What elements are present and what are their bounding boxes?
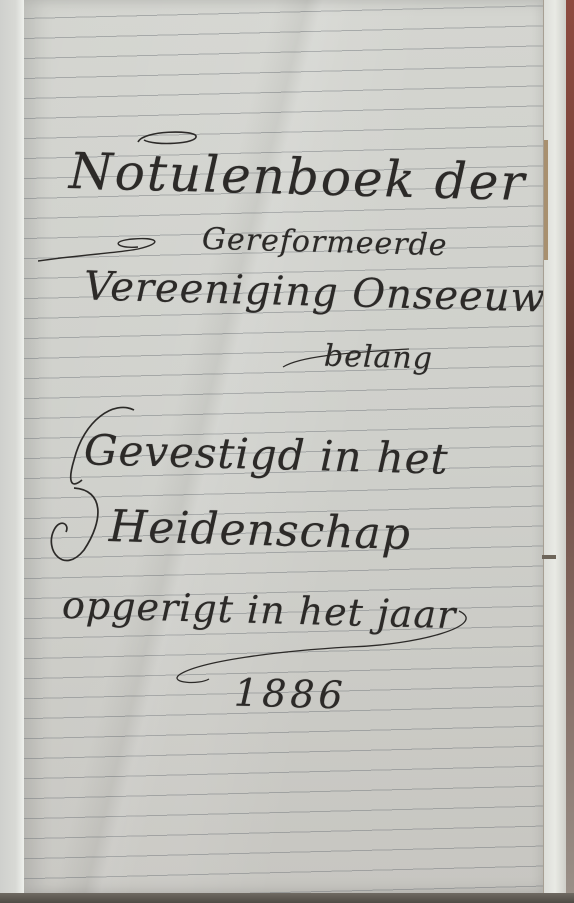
title-line-belang: belang	[324, 339, 434, 377]
location-line-heidenschap: Heidenschap	[108, 501, 411, 560]
adjacent-left-page	[0, 0, 26, 903]
paper-tear	[542, 555, 556, 559]
founded-year: 1886	[233, 671, 347, 718]
location-line-gevestigd: Gevestigd in het	[83, 425, 449, 484]
title-line-gereformeerde: Gereformeerde	[202, 222, 448, 263]
document-page: Notulenboek der Gereformeerde Vereenigin…	[24, 0, 546, 893]
page-bottom-shadow	[0, 893, 574, 903]
paper-tear	[544, 140, 548, 260]
flourish-left-icon	[38, 235, 168, 265]
page-right-edge	[543, 0, 566, 893]
book-spine	[566, 0, 574, 903]
title-line-notulenboek: Notulenboek der	[68, 142, 527, 212]
